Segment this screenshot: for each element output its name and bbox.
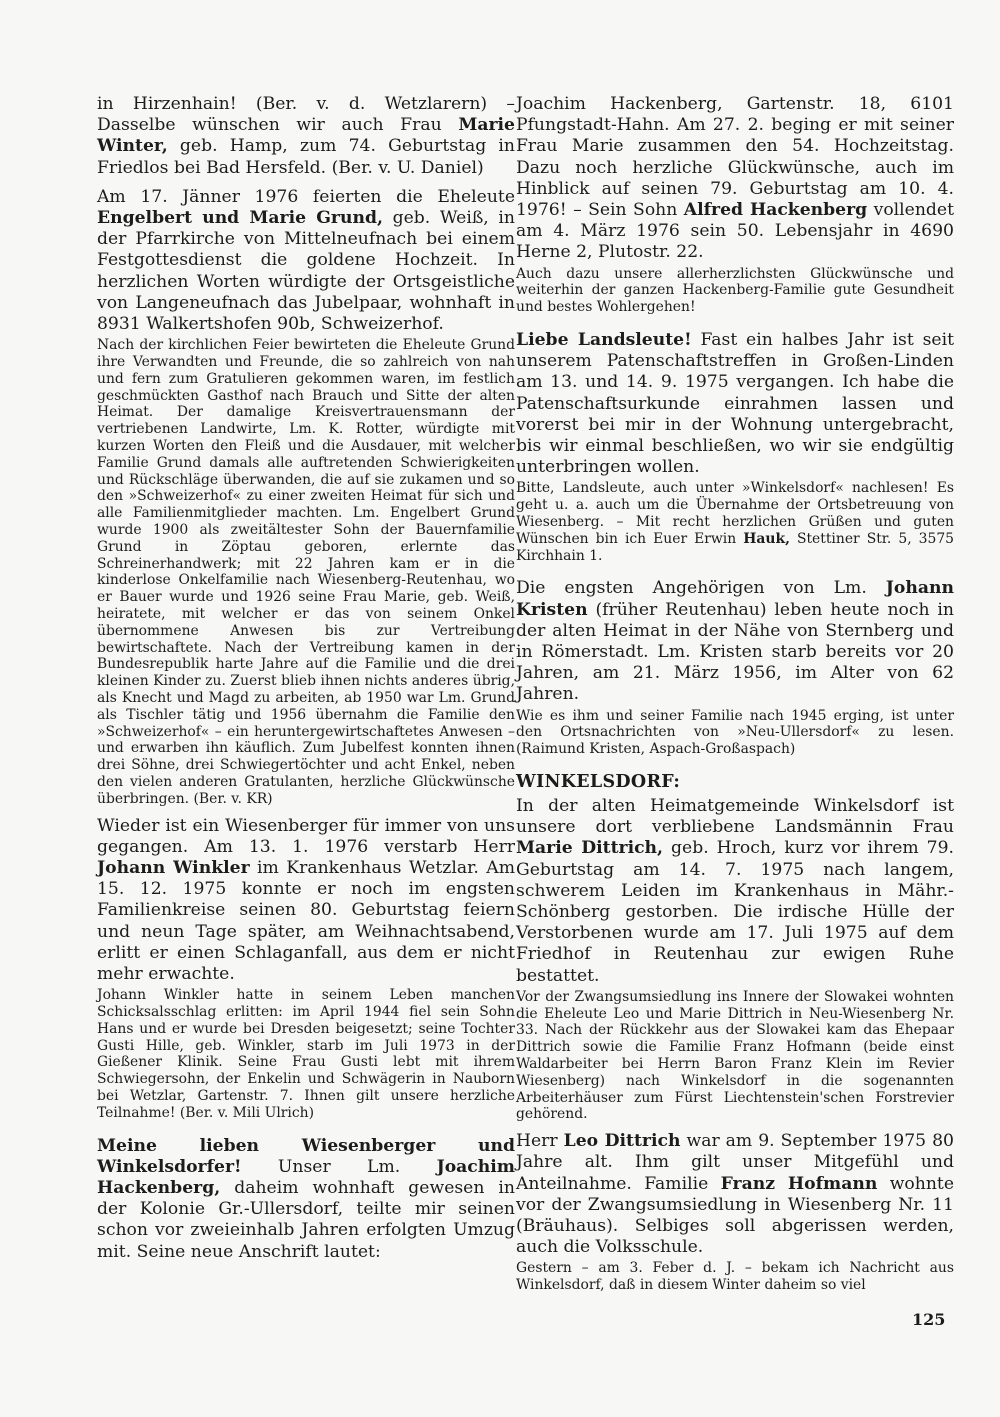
paragraph-winkler-details: Johann Winkler hatte in seinem Leben man… [97,987,515,1121]
text: In der alten Heimatgemeinde Winkelsdorf … [516,796,954,837]
paragraph-hackenberg-intro: Meine lieben Wiesenberger und Winkelsdor… [97,1136,515,1263]
text: in Hirzenhain! (Ber. v. d. Wetzlarern) –… [97,94,515,135]
person-name: Leo Dittrich [564,1131,681,1151]
paragraph-hackenberg-wishes: Auch dazu unsere allerherzlichsten Glück… [516,266,954,316]
person-name: Engelbert und Marie Grund, [97,208,383,228]
paragraph-hackenberg-address: Joachim Hackenberg, Gartenstr. 18, 6101 … [516,94,954,264]
paragraph-dittrich-obituary: In der alten Heimatgemeinde Winkelsdorf … [516,796,954,987]
text: Am 17. Jänner 1976 feierten die Eheleute [97,187,515,207]
text: Wieder ist ein Wiesenberger für immer vo… [97,816,515,857]
text: geb. Hroch, kurz vor ihrem 79. Geburtsta… [516,838,954,985]
paragraph-winter-news: Gestern – am 3. Feber d. J. – bekam ich … [516,1260,954,1294]
person-name: Johann Winkler [97,858,250,878]
paragraph-kristen: Die engsten Angehörigen von Lm. Johann K… [516,578,954,705]
paragraph-winter-birthday: in Hirzenhain! (Ber. v. d. Wetzlarern) –… [97,94,515,179]
paragraph-leo-dittrich: Herr Leo Dittrich war am 9. September 19… [516,1131,954,1258]
paragraph-liebe-landsleute: Liebe Landsleute! Fast ein halbes Jahr i… [516,330,954,478]
right-column: Joachim Hackenberg, Gartenstr. 18, 6101 … [516,94,954,1302]
text: Unser Lm. [242,1157,437,1177]
text: Fast ein halbes Jahr ist seit unserem Pa… [516,330,954,477]
paragraph-kristen-note: Wie es ihm und seiner Familie nach 1945 … [516,708,954,758]
person-name: Marie Dittrich, [516,838,663,858]
person-name: Hauk, [743,531,790,547]
paragraph-grund-golden-wedding: Am 17. Jänner 1976 feierten die Eheleute… [97,187,515,335]
paragraph-winkler-obituary: Wieder ist ein Wiesenberger für immer vo… [97,816,515,986]
page-number: 125 [912,1310,945,1329]
left-column: in Hirzenhain! (Ber. v. d. Wetzlarern) –… [97,94,515,1271]
person-name: Alfred Hackenberg [684,200,867,220]
text: Herr [516,1131,564,1151]
section-heading-winkelsdorf: WINKELSDORF: [516,772,954,793]
greeting: Liebe Landsleute! [516,330,692,350]
person-name: Franz Hofmann [721,1174,878,1194]
paragraph-grund-details: Nach der kirchlichen Feier bewirteten di… [97,337,515,807]
paragraph-hauk-signature: Bitte, Landsleute, auch unter »Winkelsdo… [516,480,954,564]
paragraph-dittrich-details: Vor der Zwangsumsiedlung ins Innere der … [516,989,954,1123]
text: Die engsten Angehörigen von Lm. [516,578,886,598]
